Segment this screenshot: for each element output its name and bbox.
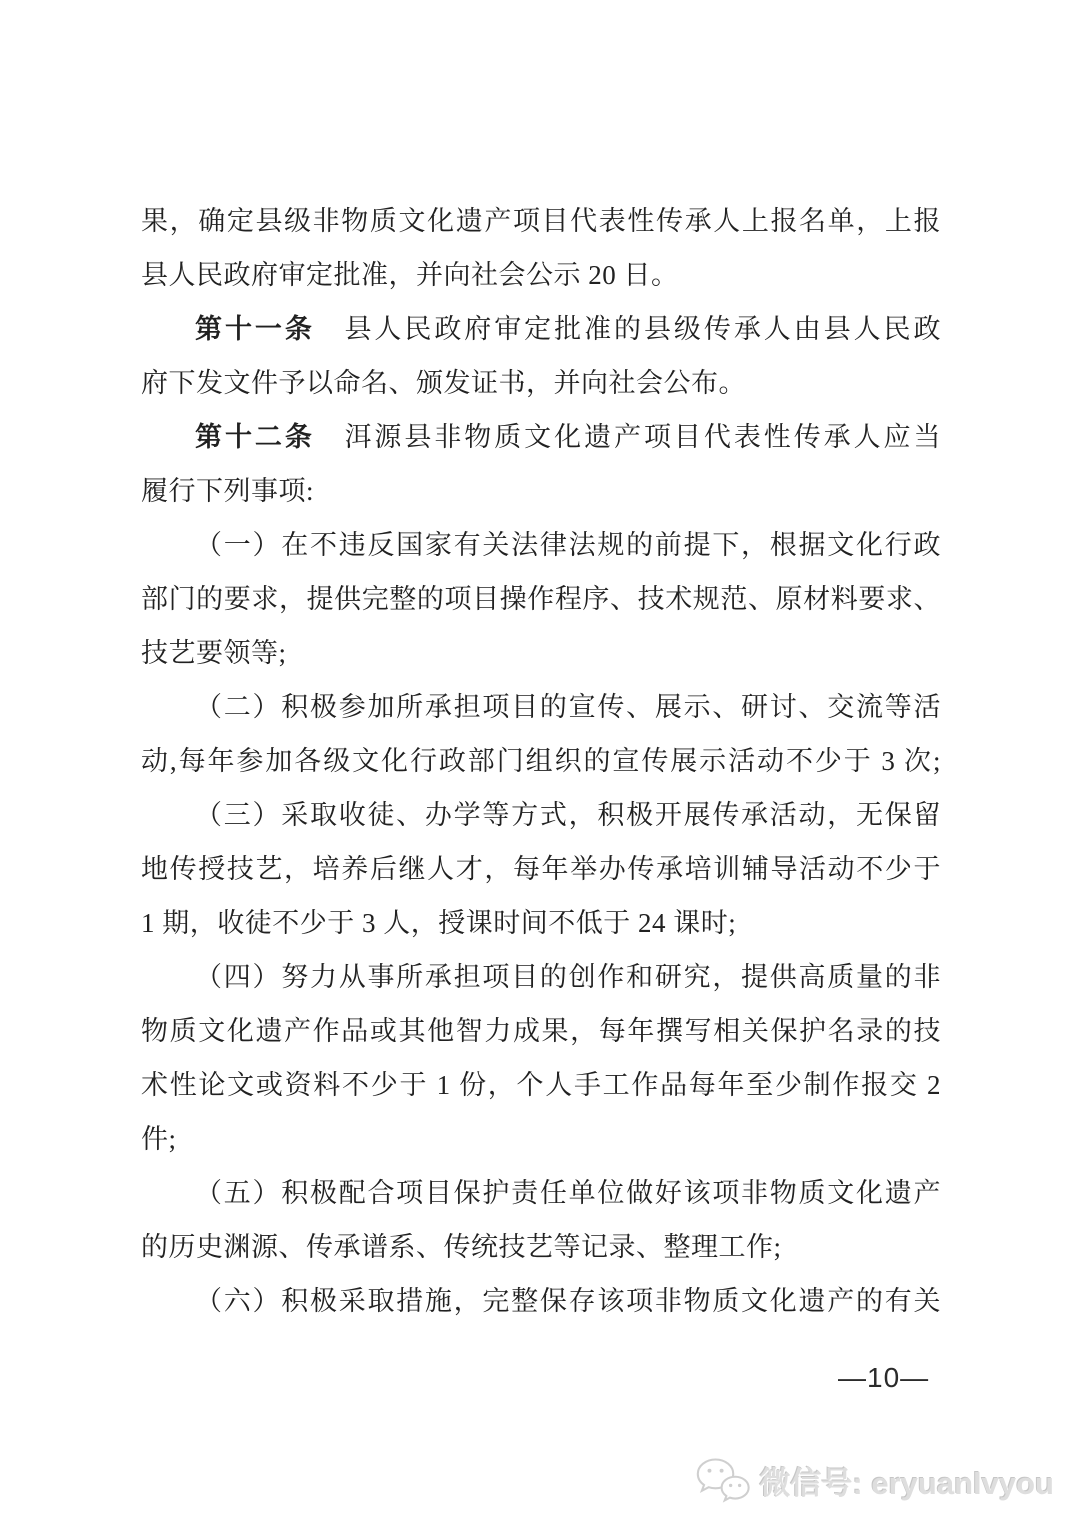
text-line: 1 期，收徒不少于 3 人，授课时间不低于 24 课时; [141,896,941,950]
line-text: 县人民政府审定批准的县级传承人由县人民政 [344,314,941,344]
line-text: （三）采取收徒、办学等方式，积极开展传承活动，无保留 [195,800,941,830]
text-line: 府下发文件予以命名、颁发证书，并向社会公布。 [141,356,941,410]
text-line: 地传授技艺，培养后继人才，每年举办传承培训辅导活动不少于 [141,842,941,896]
text-line: （三）采取收徒、办学等方式，积极开展传承活动，无保留 [141,788,941,842]
document-body: 果，确定县级非物质文化遗产项目代表性传承人上报名单，上报 县人民政府审定批准，并… [141,194,941,1328]
line-text: 件; [141,1124,177,1154]
line-text: （一）在不违反国家有关法律法规的前提下，根据文化行政 [195,530,941,560]
wechat-icon [695,1455,751,1505]
text-line: （四）努力从事所承担项目的创作和研究，提供高质量的非 [141,950,941,1004]
text-line: 术性论文或资料不少于 1 份，个人手工作品每年至少制作报交 2 [141,1058,941,1112]
document-page: 果，确定县级非物质文化遗产项目代表性传承人上报名单，上报 县人民政府审定批准，并… [0,0,1080,1528]
page-number: —10— [838,1358,948,1398]
line-text: 动,每年参加各级文化行政部门组织的宣传展示活动不少于 3 次; [141,746,941,776]
line-text: （二）积极参加所承担项目的宣传、展示、研讨、交流等活 [195,692,941,722]
line-text: 府下发文件予以命名、颁发证书，并向社会公布。 [141,368,746,398]
line-text: 果，确定县级非物质文化遗产项目代表性传承人上报名单，上报 [141,206,941,236]
line-text: 县人民政府审定批准，并向社会公示 20 日。 [141,260,679,290]
line-text: 物质文化遗产作品或其他智力成果，每年撰写相关保护名录的技 [141,1016,941,1046]
line-text: 的历史渊源、传承谱系、传统技艺等记录、整理工作; [141,1232,782,1262]
line-text: 术性论文或资料不少于 1 份，个人手工作品每年至少制作报交 2 [141,1070,941,1100]
text-line: 物质文化遗产作品或其他智力成果，每年撰写相关保护名录的技 [141,1004,941,1058]
article-line: 第十二条洱源县非物质文化遗产项目代表性传承人应当 [141,410,941,464]
line-text: 履行下列事项: [141,476,314,506]
line-text: 技艺要领等; [141,638,287,668]
text-line: （二）积极参加所承担项目的宣传、展示、研讨、交流等活 [141,680,941,734]
article-number: 第十二条 [195,422,315,452]
line-text: 洱源县非物质文化遗产项目代表性传承人应当 [344,422,941,452]
line-text: （四）努力从事所承担项目的创作和研究，提供高质量的非 [195,962,941,992]
article-line: 第十一条县人民政府审定批准的县级传承人由县人民政 [141,302,941,356]
wechat-watermark: 微信号: eryuanlvyou [695,1452,1054,1508]
line-text: 地传授技艺，培养后继人才，每年举办传承培训辅导活动不少于 [141,854,941,884]
text-line: 的历史渊源、传承谱系、传统技艺等记录、整理工作; [141,1220,941,1274]
article-number: 第十一条 [195,314,315,344]
line-text: （六）积极采取措施，完整保存该项非物质文化遗产的有关 [195,1286,941,1316]
line-text: 1 期，收徒不少于 3 人，授课时间不低于 24 课时; [141,908,736,938]
text-line: 技艺要领等; [141,626,941,680]
wechat-id-text: 微信号: eryuanlvyou [759,1458,1054,1503]
text-line: 部门的要求，提供完整的项目操作程序、技术规范、原材料要求、 [141,572,941,626]
text-line: 履行下列事项: [141,464,941,518]
text-line: （五）积极配合项目保护责任单位做好该项非物质文化遗产 [141,1166,941,1220]
text-line: （六）积极采取措施，完整保存该项非物质文化遗产的有关 [141,1274,941,1328]
text-line: 件; [141,1112,941,1166]
line-text: 部门的要求，提供完整的项目操作程序、技术规范、原材料要求、 [141,584,941,614]
line-text: （五）积极配合项目保护责任单位做好该项非物质文化遗产 [195,1178,941,1208]
text-line: （一）在不违反国家有关法律法规的前提下，根据文化行政 [141,518,941,572]
text-line: 动,每年参加各级文化行政部门组织的宣传展示活动不少于 3 次; [141,734,941,788]
text-line: 果，确定县级非物质文化遗产项目代表性传承人上报名单，上报 [141,194,941,248]
text-line: 县人民政府审定批准，并向社会公示 20 日。 [141,248,941,302]
